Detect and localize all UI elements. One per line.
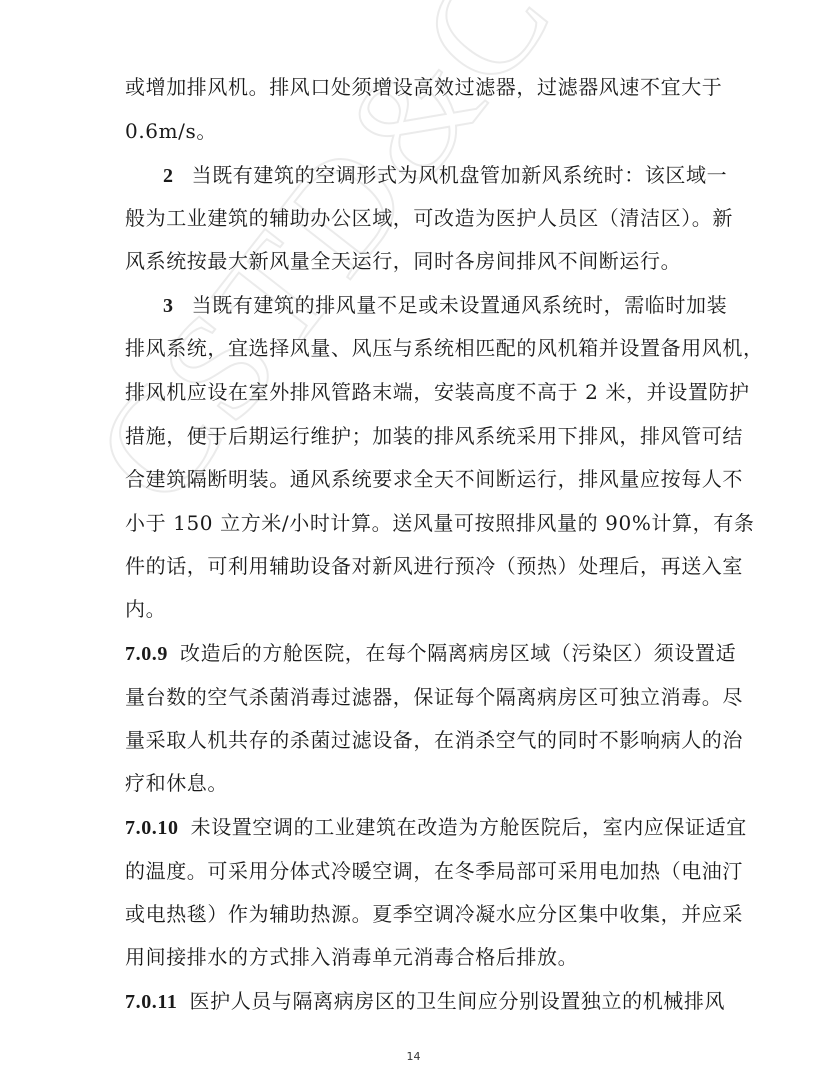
text-line: 量台数的空气杀菌消毒过滤器，保证每个隔离病房区可独立消毒。尽 (125, 682, 710, 712)
text-line: 风系统按最大新风量全天运行，同时各房间排风不间断运行。 (125, 246, 710, 276)
text-line: 排风系统，宜选择风量、风压与系统相匹配的风机箱并设置备用风机， (125, 333, 710, 363)
page-number: 14 (0, 1050, 827, 1063)
text-line: 3当既有建筑的排风量不足或未设置通风系统时，需临时加装 (163, 290, 710, 320)
line-text: 内。 (125, 597, 166, 621)
text-line: 合建筑隔断明装。通风系统要求全天不间断运行，排风量应按每人不 (125, 464, 710, 494)
line-text: 量采取人机共存的杀菌过滤设备，在消杀空气的同时不影响病人的治 (125, 728, 743, 752)
line-text: 或增加排风机。排风口处须增设高效过滤器，过滤器风速不宜大于 (125, 75, 722, 99)
line-text: 排风系统，宜选择风量、风压与系统相匹配的风机箱并设置备用风机， (125, 336, 764, 360)
line-text: 改造后的方舱医院，在每个隔离病房区域（污染区）须设置适 (180, 641, 736, 665)
text-line: 内。 (125, 594, 710, 624)
clause-number: 7.0.9 (125, 643, 168, 665)
clause-number: 7.0.11 (125, 991, 178, 1013)
line-text: 量台数的空气杀菌消毒过滤器，保证每个隔离病房区可独立消毒。尽 (125, 685, 743, 709)
text-line: 量采取人机共存的杀菌过滤设备，在消杀空气的同时不影响病人的治 (125, 725, 710, 755)
document-page: CSTD&CVME 或增加排风机。排风口处须增设高效过滤器，过滤器风速不宜大于0… (0, 0, 827, 1084)
line-text: 未设置空调的工业建筑在改造为方舱医院后，室内应保证适宜 (191, 815, 747, 839)
text-line: 7.0.11医护人员与隔离病房区的卫生间应分别设置独立的机械排风 (125, 986, 710, 1016)
item-number: 2 (163, 165, 174, 187)
text-line: 或增加排风机。排风口处须增设高效过滤器，过滤器风速不宜大于 (125, 72, 710, 102)
line-text: 当既有建筑的空调形式为风机盘管加新风系统时：该区域一 (192, 163, 728, 187)
text-line: 件的话，可利用辅助设备对新风进行预冷（预热）处理后，再送入室 (125, 551, 710, 581)
text-line: 7.0.10未设置空调的工业建筑在改造为方舱医院后，室内应保证适宜 (125, 812, 710, 842)
line-text: 般为工业建筑的辅助办公区域，可改造为医护人员区（清洁区）。新 (125, 206, 733, 230)
line-text: 用间接排水的方式排入消毒单元消毒合格后排放。 (125, 945, 578, 969)
line-text: 0.6m/s。 (125, 119, 217, 143)
line-text: 当既有建筑的排风量不足或未设置通风系统时，需临时加装 (192, 293, 728, 317)
text-line: 小于 150 立方米/小时计算。送风量可按照排风量的 90%计算，有条 (125, 508, 710, 538)
clause-number: 7.0.10 (125, 817, 179, 839)
line-text: 或电热毯）作为辅助热源。夏季空调冷凝水应分区集中收集，并应采 (125, 902, 743, 926)
text-line: 0.6m/s。 (125, 116, 710, 146)
text-line: 般为工业建筑的辅助办公区域，可改造为医护人员区（清洁区）。新 (125, 203, 710, 233)
item-number: 3 (163, 295, 174, 317)
text-line: 疗和休息。 (125, 768, 710, 798)
text-line: 2当既有建筑的空调形式为风机盘管加新风系统时：该区域一 (163, 160, 710, 190)
line-text: 合建筑隔断明装。通风系统要求全天不间断运行，排风量应按每人不 (125, 467, 743, 491)
line-text: 小于 150 立方米/小时计算。送风量可按照排风量的 90%计算，有条 (125, 511, 754, 535)
line-text: 医护人员与隔离病房区的卫生间应分别设置独立的机械排风 (190, 989, 726, 1013)
line-text: 风系统按最大新风量全天运行，同时各房间排风不间断运行。 (125, 249, 681, 273)
text-line: 排风机应设在室外排风管路末端，安装高度不高于 2 米，并设置防护 (125, 377, 710, 407)
line-text: 件的话，可利用辅助设备对新风进行预冷（预热）处理后，再送入室 (125, 554, 743, 578)
line-text: 措施，便于后期运行维护；加装的排风系统采用下排风，排风管可结 (125, 424, 743, 448)
text-line: 措施，便于后期运行维护；加装的排风系统采用下排风，排风管可结 (125, 421, 710, 451)
text-line: 或电热毯）作为辅助热源。夏季空调冷凝水应分区集中收集，并应采 (125, 899, 710, 929)
line-text: 排风机应设在室外排风管路末端，安装高度不高于 2 米，并设置防护 (125, 380, 750, 404)
text-line: 用间接排水的方式排入消毒单元消毒合格后排放。 (125, 942, 710, 972)
line-text: 的温度。可采用分体式冷暖空调，在冬季局部可采用电加热（电油汀 (125, 859, 743, 883)
line-text: 疗和休息。 (125, 771, 228, 795)
text-line: 的温度。可采用分体式冷暖空调，在冬季局部可采用电加热（电油汀 (125, 856, 710, 886)
text-line: 7.0.9改造后的方舱医院，在每个隔离病房区域（污染区）须设置适 (125, 638, 710, 668)
